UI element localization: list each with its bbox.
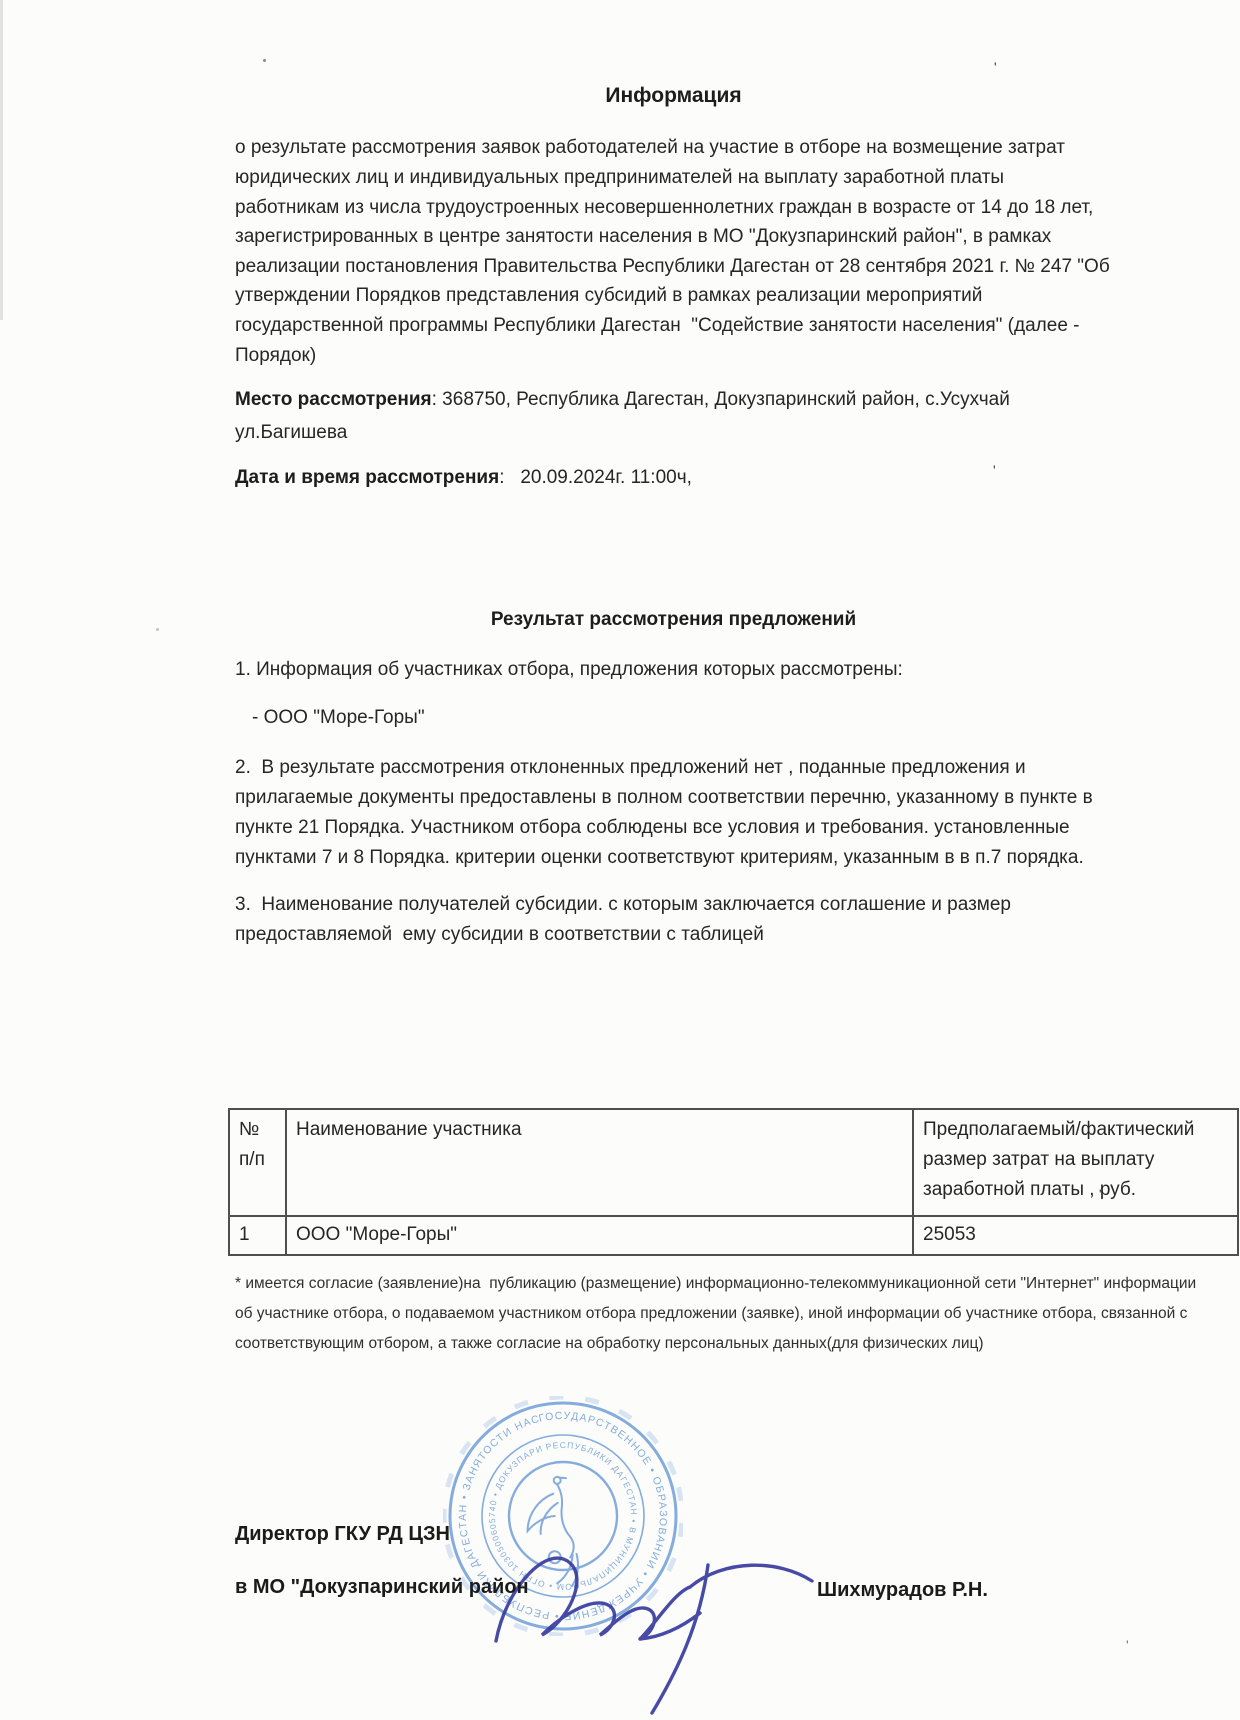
intro-line: реализации постановления Правительства Р… bbox=[235, 255, 1110, 279]
results-item-3-line: предоставляемой ему субсидии в соответст… bbox=[235, 923, 764, 947]
place-line-2: ул.Багишева bbox=[235, 421, 347, 445]
intro-line: юридических лиц и индивидуальных предпри… bbox=[235, 166, 1004, 190]
intro-line: работникам из числа трудоустроенных несо… bbox=[235, 196, 1093, 220]
results-item-2-line: 2. В результате рассмотрения отклоненных… bbox=[235, 756, 1026, 780]
datetime-label: Дата и время рассмотрения bbox=[235, 467, 499, 488]
signer-title-line-1: Директор ГКУ РД ЦЗН bbox=[235, 1522, 450, 1546]
results-item-3-line: 3. Наименование получателей субсидии. с … bbox=[235, 893, 1011, 917]
footnote-line: * имеется согласие (заявление)на публика… bbox=[235, 1272, 1196, 1296]
scan-speck: ' bbox=[1126, 1640, 1129, 1650]
table-header-amount: Предполагаемый/фактический размер затрат… bbox=[913, 1109, 1238, 1216]
results-item-2-line: пунктами 7 и 8 Порядка. критерии оценки … bbox=[235, 846, 1084, 870]
scan-speck: ' bbox=[993, 465, 996, 475]
results-heading: Результат рассмотрения предложений bbox=[235, 608, 1112, 632]
signer-name: Шихмурадов Р.Н. bbox=[817, 1578, 988, 1602]
subsidy-table: №п/п Наименование участника Предполагаем… bbox=[228, 1108, 1239, 1256]
results-item-1: 1. Информация об участниках отбора, пред… bbox=[235, 658, 903, 682]
signature-stroke bbox=[496, 1558, 812, 1713]
scan-speck: ' bbox=[994, 62, 997, 72]
table-header-row: №п/п Наименование участника Предполагаем… bbox=[229, 1109, 1238, 1216]
datetime-value: : 20.09.2024г. 11:00ч, bbox=[499, 467, 692, 488]
scan-speck bbox=[263, 59, 266, 62]
datetime-line: Дата и время рассмотрения: 20.09.2024г. … bbox=[235, 466, 692, 490]
table-cell-num: 1 bbox=[229, 1216, 286, 1255]
table-header-num: №п/п bbox=[229, 1109, 286, 1216]
table-cell-name: ООО "Море-Горы" bbox=[286, 1216, 913, 1255]
table-row: 1 ООО "Море-Горы" 25053 bbox=[229, 1216, 1238, 1255]
signature bbox=[470, 1505, 850, 1720]
page-title: Информация bbox=[235, 84, 1112, 108]
results-item-2-line: пункте 21 Порядка. Участником отбора соб… bbox=[235, 816, 1070, 840]
scan-speck bbox=[156, 628, 159, 631]
participant-line: - ООО "Море-Горы" bbox=[252, 706, 425, 730]
place-line: Место рассмотрения: 368750, Республика Д… bbox=[235, 388, 1010, 412]
footnote-line: соответствующим отбором, а также согласи… bbox=[235, 1332, 984, 1356]
document-page: ' ' ' ' Информация о результате рассмотр… bbox=[0, 0, 1240, 1720]
intro-line: о результате рассмотрения заявок работод… bbox=[235, 136, 1065, 160]
table-cell-amount: 25053 bbox=[913, 1216, 1238, 1255]
table-header-name: Наименование участника bbox=[286, 1109, 913, 1216]
results-item-2-line: прилагаемые документы предоставлены в по… bbox=[235, 786, 1093, 810]
intro-line: утверждении Порядков представления субси… bbox=[235, 284, 982, 308]
intro-line: зарегистрированных в центре занятости на… bbox=[235, 225, 1051, 249]
scan-edge-artifact bbox=[0, 0, 3, 320]
intro-line: государственной программы Республики Даг… bbox=[235, 314, 1080, 338]
footnote-line: об участнике отбора, о подаваемом участн… bbox=[235, 1302, 1187, 1326]
signer-title-line-2: в МО "Докузпаринский район bbox=[235, 1575, 529, 1599]
place-label: Место рассмотрения bbox=[235, 389, 432, 410]
place-value: : 368750, Республика Дагестан, Докузпари… bbox=[432, 389, 1010, 410]
intro-line: Порядок) bbox=[235, 344, 316, 368]
